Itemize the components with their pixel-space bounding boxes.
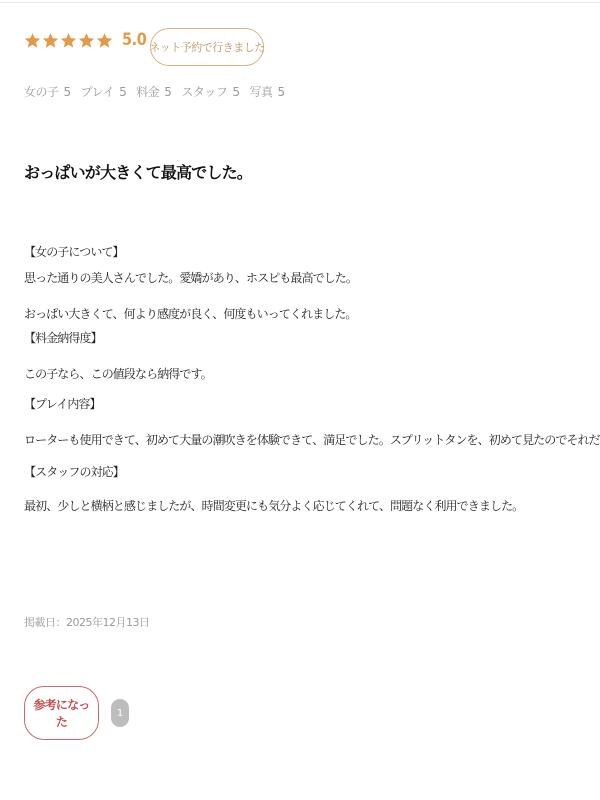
- top-divider: [0, 2, 600, 3]
- sub-rating-value: 5: [64, 85, 71, 99]
- sub-rating-girl: 女の子5: [24, 83, 71, 100]
- sub-ratings: 女の子5 プレイ5 料金5 スタッフ5 写真5: [24, 83, 285, 100]
- section-heading-girl: 【女の子について】: [24, 242, 594, 268]
- sub-rating-value: 5: [119, 85, 126, 99]
- star-icon: [96, 32, 113, 49]
- star-icon: [42, 32, 59, 49]
- helpful-count-badge: 1: [111, 699, 129, 727]
- sub-rating-value: 5: [164, 85, 171, 99]
- star-icon: [60, 32, 77, 49]
- sub-rating-price: 料金5: [136, 83, 171, 100]
- section-heading-staff: 【スタッフの対応】: [24, 462, 594, 496]
- reservation-badge: ネット予約で行きました: [150, 28, 264, 66]
- posted-date: 掲載日：2025年12月13日: [24, 614, 150, 630]
- rating-summary: 5.0: [24, 30, 151, 50]
- sub-rating-label: 料金: [136, 85, 159, 99]
- sub-rating-label: 写真: [250, 85, 273, 99]
- star-rating: [24, 32, 114, 49]
- review-text-line: ローターも使用できて、初めて大量の潮吹きを体験できて、満足でした。スプリットタン…: [24, 430, 594, 462]
- sub-rating-photo: 写真5: [250, 83, 285, 100]
- sub-rating-staff: スタッフ5: [181, 83, 239, 100]
- sub-rating-label: スタッフ: [181, 85, 227, 99]
- star-icon: [24, 32, 41, 49]
- helpful-button[interactable]: 参考になった: [24, 686, 99, 740]
- sub-rating-value: 5: [278, 85, 285, 99]
- review-body: 【女の子について】 思った通りの美人さんでした。愛嬌があり、ホスピも最高でした。…: [24, 242, 594, 532]
- helpful-row: 参考になった 1: [24, 686, 129, 740]
- star-icon: [78, 32, 95, 49]
- review-title: おっぱいが大きくて最高でした。: [24, 160, 252, 183]
- rating-score: 5.0: [122, 30, 146, 50]
- review-text-line: この子なら、この値段なら納得です。: [24, 364, 594, 394]
- sub-rating-play: プレイ5: [81, 83, 127, 100]
- review-text-line: 思った通りの美人さんでした。愛嬌があり、ホスピも最高でした。: [24, 268, 594, 304]
- review-text-line: 最初、少しと横柄と感じましたが、時間変更にも気分よく応じてくれて、問題なく利用で…: [24, 496, 594, 532]
- sub-rating-label: プレイ: [81, 85, 114, 99]
- section-heading-price: 【料金納得度】: [24, 328, 594, 364]
- review-text-line: おっぱい大きくて、何より感度が良く、何度もいってくれました。: [24, 304, 594, 328]
- sub-rating-value: 5: [232, 85, 239, 99]
- sub-rating-label: 女の子: [24, 85, 59, 99]
- section-heading-play: 【プレイ内容】: [24, 394, 594, 430]
